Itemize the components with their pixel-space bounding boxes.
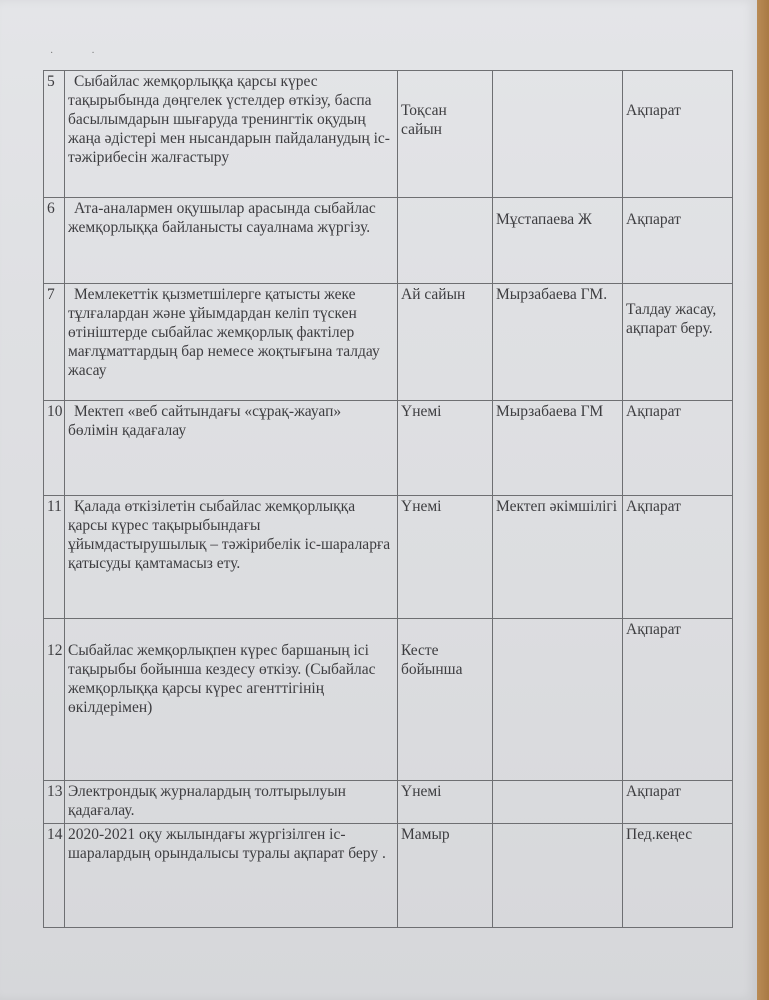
table-row: 14 2020-2021 оқу жылындағы жүргізілген і… bbox=[44, 824, 733, 928]
result-form-cell: Ақпарат bbox=[623, 198, 733, 284]
task-cell: Сыбайлас жемқорлықпен күрес баршаның ісі… bbox=[65, 619, 398, 781]
result-form-cell: Талдау жасау, ақпарат беру. bbox=[623, 284, 733, 401]
result-form-cell: Пед.кеңес bbox=[623, 824, 733, 928]
table-row: 7 Мемлекеттік қызметшілерге қатысты жеке… bbox=[44, 284, 733, 401]
period-cell: Үнемі bbox=[398, 401, 493, 496]
responsible-cell bbox=[493, 71, 623, 198]
period-cell: Ай сайын bbox=[398, 284, 493, 401]
row-number: 11 bbox=[44, 496, 65, 619]
task-cell: Мектеп «веб сайтындағы «сұрақ-жауап» бөл… bbox=[65, 401, 398, 496]
row-number: 12 bbox=[44, 619, 65, 781]
row-number: 5 bbox=[44, 71, 65, 198]
table-row: 5 Сыбайлас жемқорлыққа қарсы күрес тақыр… bbox=[44, 71, 733, 198]
responsible-cell bbox=[493, 619, 623, 781]
table-row: 6 Ата-аналармен оқушылар арасында сыбайл… bbox=[44, 198, 733, 284]
period-cell: Мамыр bbox=[398, 824, 493, 928]
task-cell: Сыбайлас жемқорлыққа қарсы күрес тақырыб… bbox=[65, 71, 398, 198]
responsible-cell: Мырзабаева ГМ bbox=[493, 401, 623, 496]
row-number: 14 bbox=[44, 824, 65, 928]
period-cell: Үнемі bbox=[398, 781, 493, 824]
task-cell: Мемлекеттік қызметшілерге қатысты жеке т… bbox=[65, 284, 398, 401]
table-row: 13 Электрондық журналардың толтырылуын қ… bbox=[44, 781, 733, 824]
task-cell: 2020-2021 оқу жылындағы жүргізілген іс-ш… bbox=[65, 824, 398, 928]
period-cell: Кесте бойынша bbox=[398, 619, 493, 781]
period-cell bbox=[398, 198, 493, 284]
result-form-cell: Ақпарат bbox=[623, 71, 733, 198]
table-row: 12 Сыбайлас жемқорлықпен күрес баршаның … bbox=[44, 619, 733, 781]
result-form-cell: Ақпарат bbox=[623, 401, 733, 496]
paper-marks: ·· bbox=[50, 48, 133, 59]
table-row: 11 Қалада өткізілетін сыбайлас жемқорлық… bbox=[44, 496, 733, 619]
task-cell: Электрондық журналардың толтырылуын қада… bbox=[65, 781, 398, 824]
responsible-cell: Мектеп әкімшілігі bbox=[493, 496, 623, 619]
row-number: 7 bbox=[44, 284, 65, 401]
period-cell: Үнемі bbox=[398, 496, 493, 619]
task-cell: Қалада өткізілетін сыбайлас жемқорлыққа … bbox=[65, 496, 398, 619]
result-form-cell: Ақпарат bbox=[623, 781, 733, 824]
action-plan-table: 5 Сыбайлас жемқорлыққа қарсы күрес тақыр… bbox=[43, 70, 733, 928]
responsible-cell bbox=[493, 781, 623, 824]
responsible-cell: Мырзабаева ГМ. bbox=[493, 284, 623, 401]
row-number: 10 bbox=[44, 401, 65, 496]
result-form-cell: Ақпарат bbox=[623, 619, 733, 781]
result-form-cell: Ақпарат bbox=[623, 496, 733, 619]
row-number: 13 bbox=[44, 781, 65, 824]
table-row: 10 Мектеп «веб сайтындағы «сұрақ-жауап» … bbox=[44, 401, 733, 496]
task-cell: Ата-аналармен оқушылар арасында сыбайлас… bbox=[65, 198, 398, 284]
paper-sheet: ·· 5 Сыбайлас жемқорлыққа қарсы күрес та… bbox=[0, 0, 757, 1000]
responsible-cell: Мұстапаева Ж bbox=[493, 198, 623, 284]
period-cell: Тоқсан сайын bbox=[398, 71, 493, 198]
row-number: 6 bbox=[44, 198, 65, 284]
responsible-cell bbox=[493, 824, 623, 928]
